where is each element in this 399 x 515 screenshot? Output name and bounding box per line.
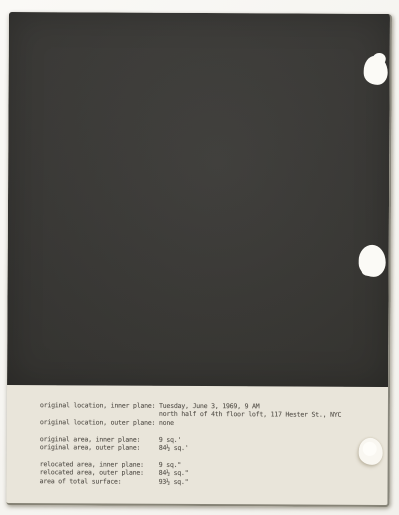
hole-punch-bottom bbox=[359, 438, 383, 465]
typed-text-block: original location, inner plane: Tuesday,… bbox=[40, 401, 342, 486]
hole-punch-top bbox=[364, 56, 388, 85]
hole-punch-middle bbox=[359, 245, 386, 277]
typed-line-total-surface: area of total surface: 93½ sq." bbox=[40, 477, 341, 487]
black-paper-field bbox=[7, 12, 390, 387]
artwork-sheet: original location, inner plane: Tuesday,… bbox=[6, 12, 392, 507]
scan-background: original location, inner plane: Tuesday,… bbox=[0, 0, 399, 515]
